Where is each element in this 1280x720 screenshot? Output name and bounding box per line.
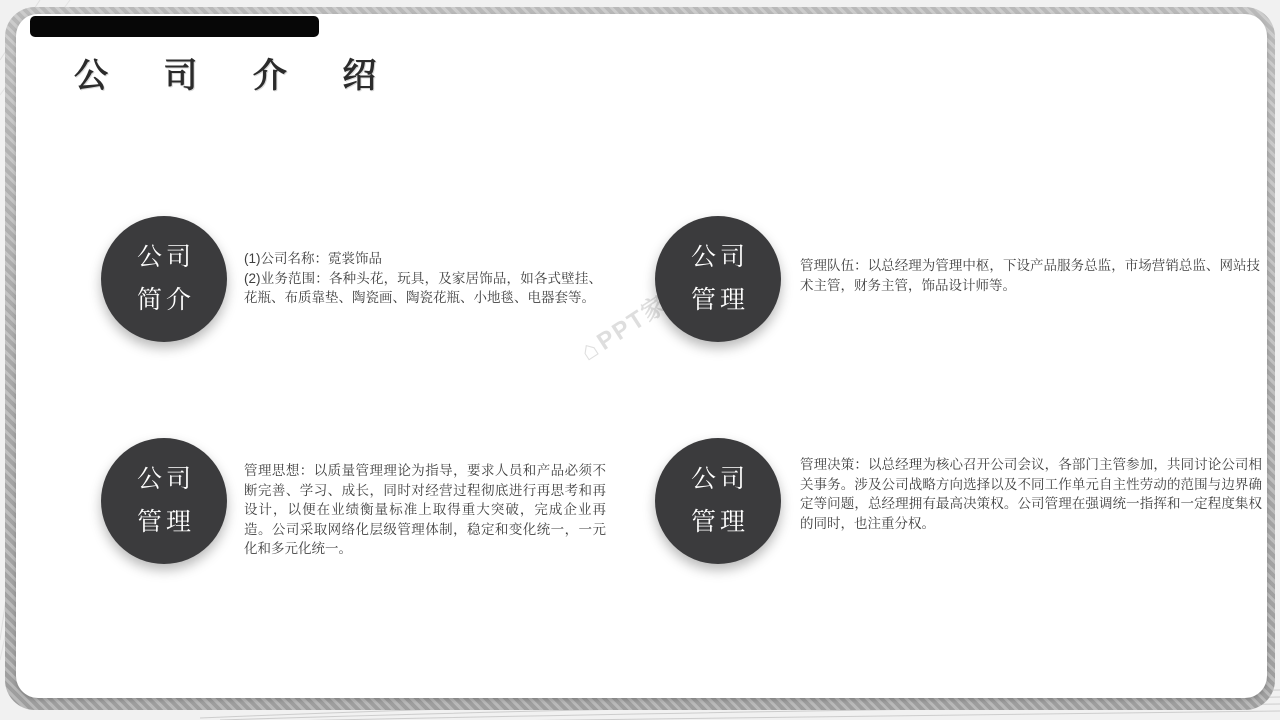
slide-card xyxy=(16,14,1267,698)
circle-badge: 公司 管理 xyxy=(655,438,781,564)
badge-label-line1: 公司 xyxy=(687,458,749,501)
feature-item-management-team: 公司 管理 xyxy=(655,216,781,342)
item-paragraph-management-philosophy: 管理思想：以质量管理理论为指导，要求人员和产品必须不断完善、学习、成长，同时对经… xyxy=(244,461,606,559)
feature-item-management-philosophy: 公司 管理 xyxy=(101,438,227,564)
badge-label-line2: 管理 xyxy=(133,501,195,544)
top-accent-bar xyxy=(30,16,319,37)
circle-badge: 公司 管理 xyxy=(101,438,227,564)
badge-label-line2: 简介 xyxy=(133,279,195,322)
item-paragraph-company-profile: (1)公司名称：霓裳饰品 (2)业务范围：各种头花，玩具，及家居饰品，如各式壁挂… xyxy=(244,249,602,308)
badge-label-line1: 公司 xyxy=(133,236,195,279)
item-paragraph-management-decision: 管理决策：以总经理为核心召开公司会议，各部门主管参加，共同讨论公司相关事务。涉及… xyxy=(800,455,1262,533)
item-paragraph-management-team: 管理队伍：以总经理为管理中枢，下设产品服务总监，市场营销总监、网站技术主管，财务… xyxy=(800,256,1260,295)
badge-label-line2: 管理 xyxy=(687,279,749,322)
feature-item-company-profile: 公司 简介 xyxy=(101,216,227,342)
circle-badge: 公司 简介 xyxy=(101,216,227,342)
badge-label-line1: 公司 xyxy=(687,236,749,279)
badge-label-line2: 管理 xyxy=(687,501,749,544)
page-title: 公 司 介 绍 xyxy=(74,48,399,97)
feature-item-management-decision: 公司 管理 xyxy=(655,438,781,564)
badge-label-line1: 公司 xyxy=(133,458,195,501)
circle-badge: 公司 管理 xyxy=(655,216,781,342)
